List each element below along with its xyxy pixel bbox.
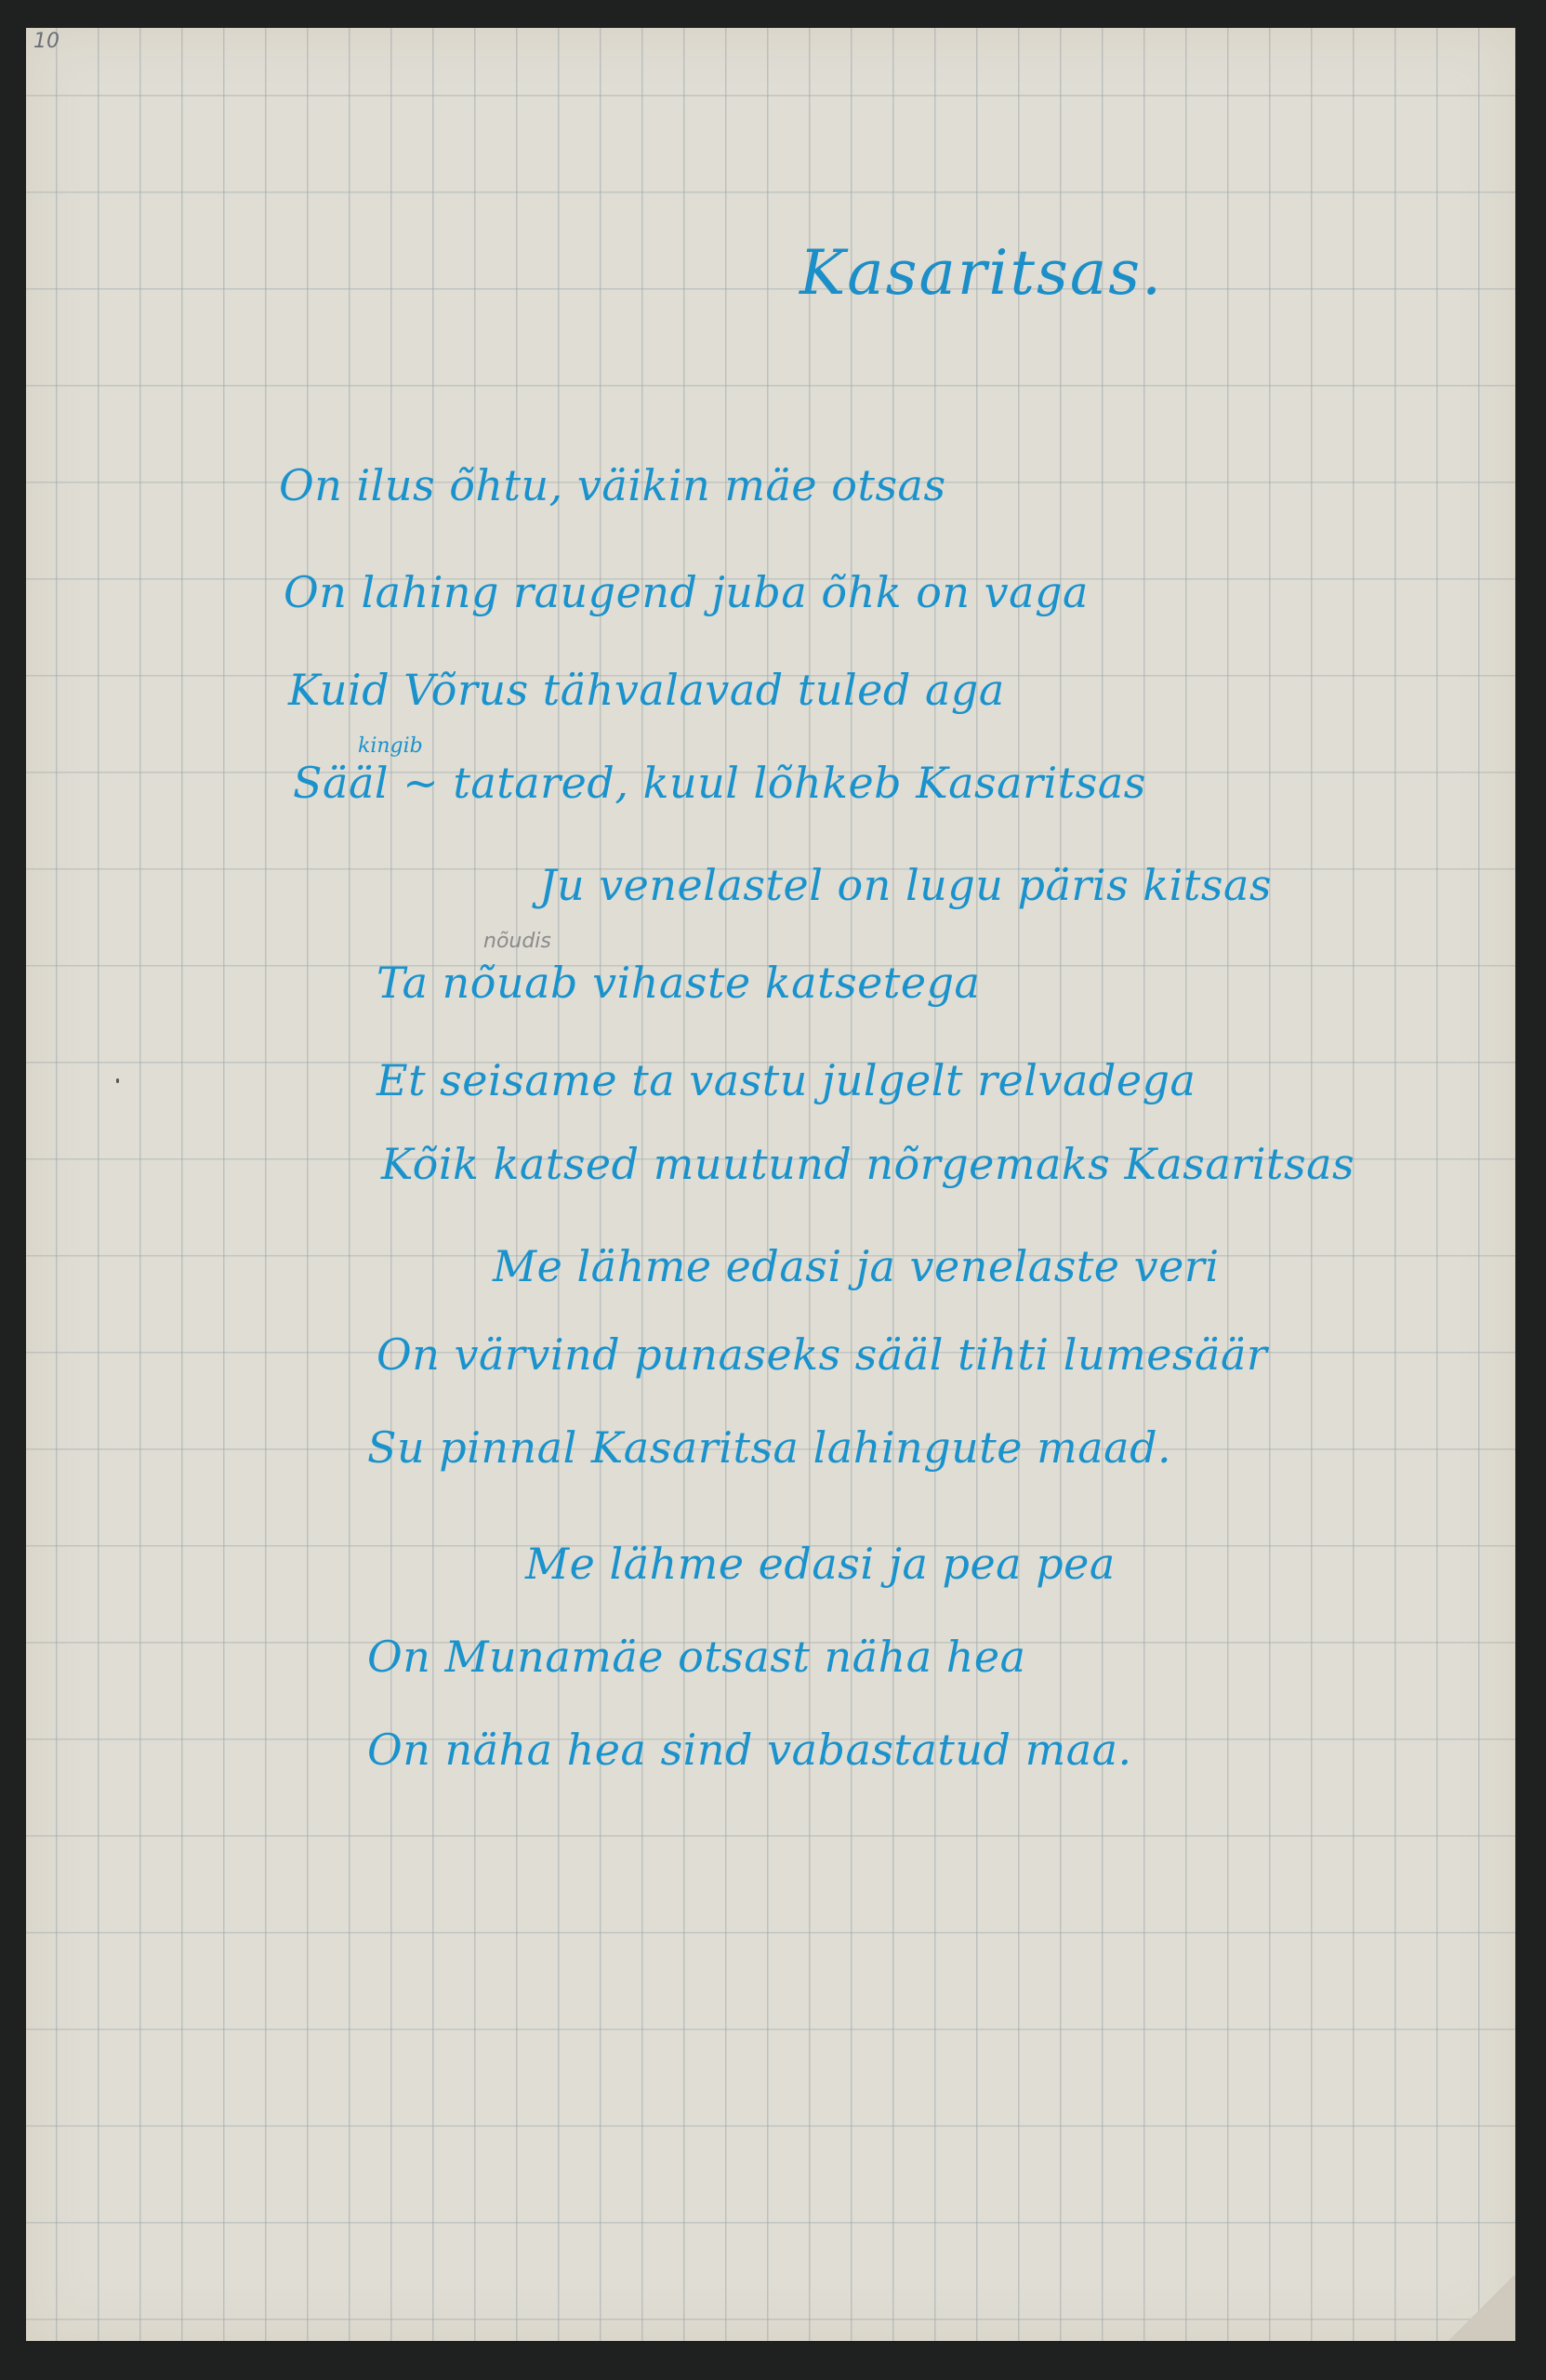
- poem-line-12: Me lähme edasi ja pea pea: [525, 1539, 1116, 1589]
- poem-line-5: Ju venelastel on lugu päris kitsas: [539, 860, 1272, 910]
- poem-line-11: Su pinnal Kasaritsa lahingute maad.: [367, 1422, 1171, 1473]
- poem-line-14: On näha hea sind vabastatud maa.: [367, 1725, 1132, 1775]
- ink-speck: [116, 1078, 119, 1083]
- poem-line-6: Ta nõuab vihaste katsetega: [377, 958, 980, 1008]
- poem-line-3: Kuid Võrus tähvalavad tuled aga: [288, 665, 1005, 715]
- poem-line-10: On värvind punaseks sääl tihti lumesäär: [377, 1329, 1267, 1380]
- poem-line-8: Kõik katsed muutund nõrgemaks Kasaritsas: [381, 1139, 1354, 1189]
- poem-line-1: On ilus õhtu, väikin mäe otsas: [279, 460, 946, 510]
- poem-line-4: Sääl ~ tatared, kuul lõhkeb Kasaritsas: [293, 758, 1146, 808]
- poem-line-7: Et seisame ta vastu julgelt relvadega: [377, 1055, 1196, 1105]
- poem-line-2: On lahing raugend juba õhk on vaga: [284, 567, 1089, 617]
- folded-corner: [1446, 2276, 1515, 2341]
- poem-line-9: Me lähme edasi ja venelaste veri: [493, 1241, 1220, 1291]
- pencil-correction: nõudis: [483, 930, 551, 953]
- inserted-word: kingib: [358, 734, 423, 758]
- page-number: 10: [33, 30, 59, 53]
- poem-title: Kasaritsas.: [799, 237, 1163, 309]
- poem-line-13: On Munamäe otsast näha hea: [367, 1632, 1026, 1682]
